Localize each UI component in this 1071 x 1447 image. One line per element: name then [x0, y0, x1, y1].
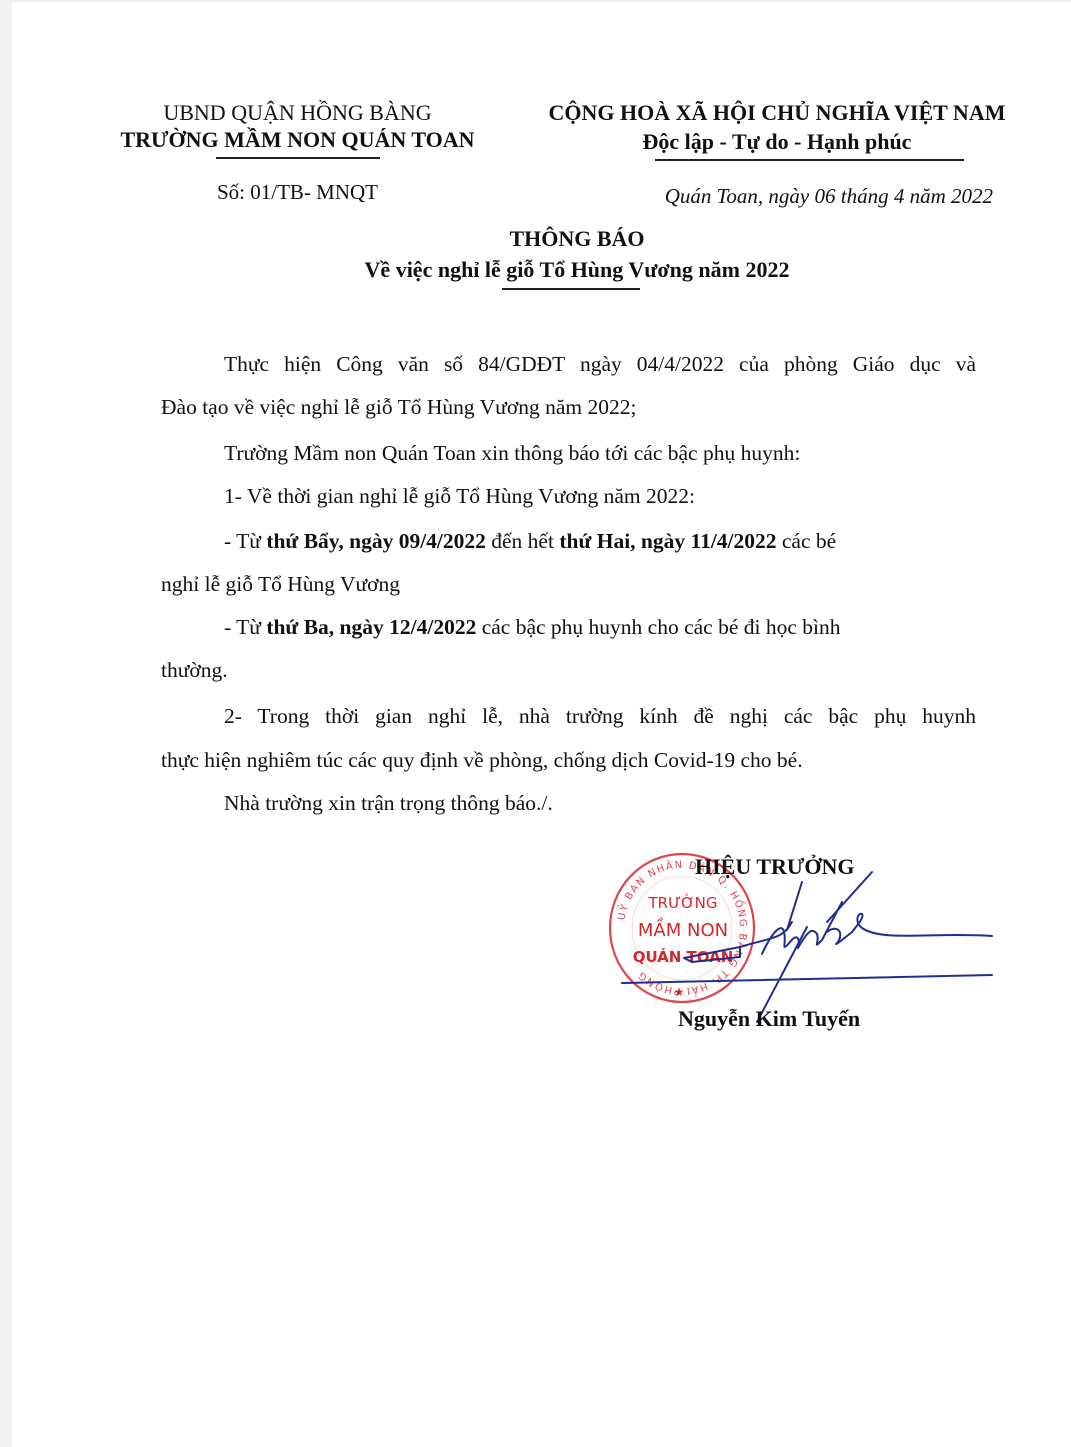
- closing-line: Nhà trường xin trận trọng thông báo./.: [224, 782, 553, 825]
- section-2-line2: thực hiện nghiêm túc các quy định về phò…: [161, 739, 803, 782]
- issuing-agency: UBND QUẬN HỒNG BÀNG: [110, 100, 485, 126]
- resume-date: thứ Ba, ngày 12/4/2022: [266, 615, 476, 639]
- document-subtitle: Về việc nghỉ lễ giỗ Tổ Hùng Vương năm 20…: [12, 257, 1071, 283]
- document-title: THÔNG BÁO: [12, 226, 1071, 252]
- holiday-end-date: thứ Hai, ngày 11/4/2022: [559, 529, 776, 553]
- motto-underline: [655, 159, 964, 161]
- document-page: UBND QUẬN HỒNG BÀNG TRƯỜNG MẦM NON QUÁN …: [12, 2, 1071, 1447]
- resume-date-line2: thường.: [161, 649, 228, 692]
- school-name: TRƯỜNG MẦM NON QUÁN TOAN: [110, 127, 485, 153]
- text: - Từ: [224, 615, 266, 639]
- holiday-period-line2: nghỉ lễ giỗ Tổ Hùng Vương: [161, 563, 400, 606]
- text: các bậc phụ huynh cho các bé đi học bình: [476, 615, 840, 639]
- section-2-line1: 2- Trong thời gian nghỉ lễ, nhà trường k…: [224, 695, 976, 738]
- text: đến hết: [486, 529, 559, 553]
- subtitle-underline: [502, 288, 640, 290]
- school-name-underline: [216, 157, 380, 159]
- paragraph-reference-line2: Đào tạo về việc nghỉ lễ giỗ Tổ Hùng Vươn…: [161, 386, 636, 429]
- national-motto: Độc lập - Tự do - Hạnh phúc: [527, 129, 1027, 155]
- place-and-date: Quán Toan, ngày 06 tháng 4 năm 2022: [615, 184, 993, 209]
- document-number: Số: 01/TB- MNQT: [110, 180, 485, 205]
- paragraph-reference-line1: Thực hiện Công văn số 84/GDĐT ngày 04/4/…: [224, 343, 976, 386]
- signer-name: Nguyễn Kim Tuyến: [678, 1006, 860, 1032]
- national-title: CỘNG HOÀ XÃ HỘI CHỦ NGHĨA VIỆT NAM: [527, 100, 1027, 126]
- paragraph-announcement: Trường Mầm non Quán Toan xin thông báo t…: [224, 432, 800, 475]
- holiday-period-line1: - Từ thứ Bẩy, ngày 09/4/2022 đến hết thứ…: [224, 520, 836, 563]
- holiday-start-date: thứ Bẩy, ngày 09/4/2022: [266, 529, 486, 553]
- section-1-heading: 1- Về thời gian nghỉ lễ giỗ Tổ Hùng Vươn…: [224, 475, 695, 518]
- resume-date-line1: - Từ thứ Ba, ngày 12/4/2022 các bậc phụ …: [224, 606, 841, 649]
- text: - Từ: [224, 529, 266, 553]
- text: các bé: [777, 529, 837, 553]
